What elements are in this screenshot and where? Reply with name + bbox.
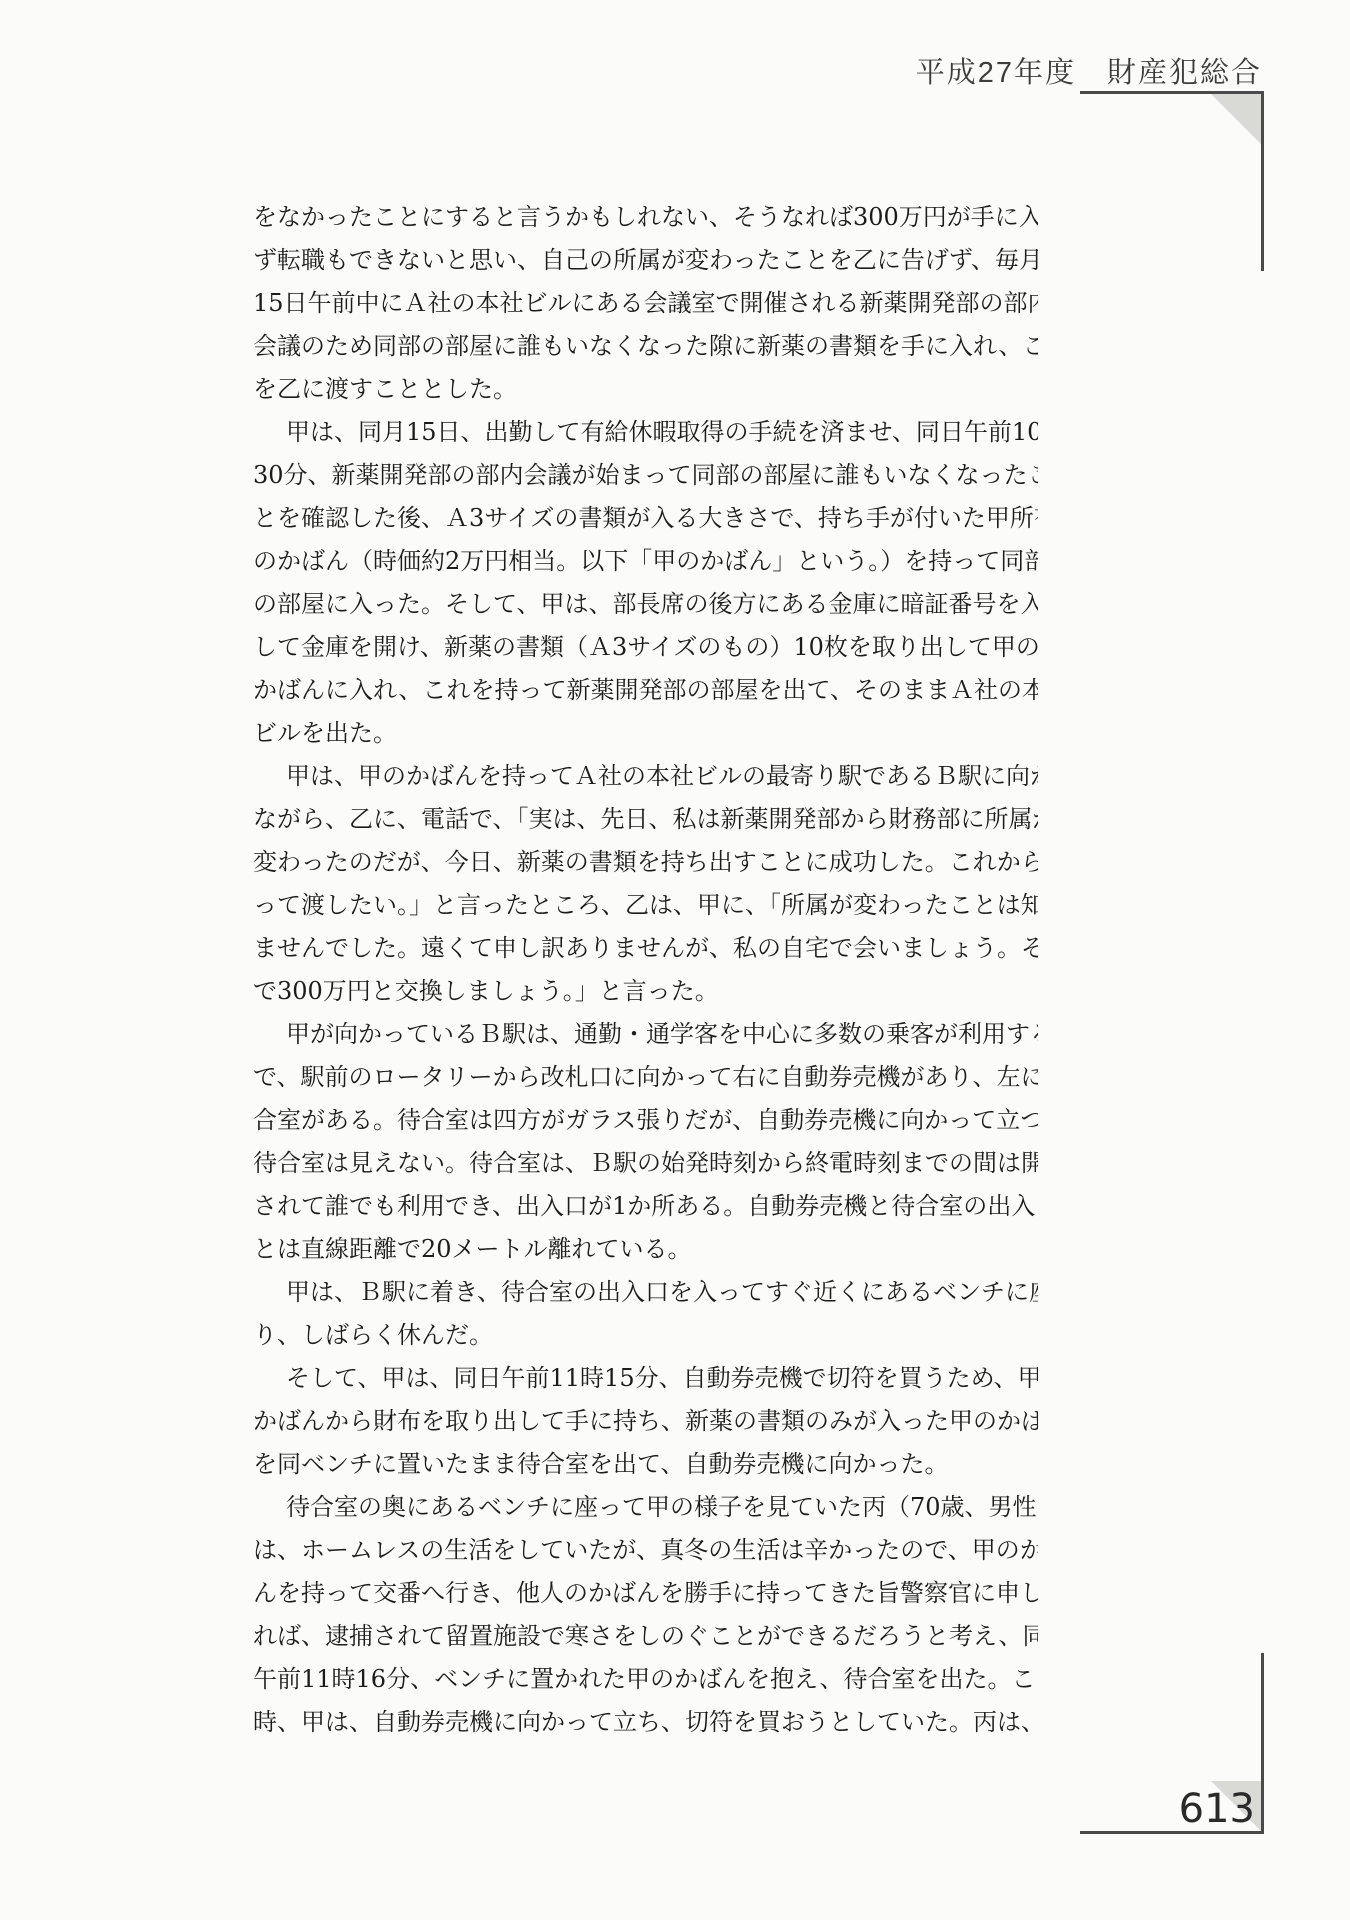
header-rule	[1080, 91, 1264, 94]
text-line: 午前11時16分、ベンチに置かれた甲のかばんを抱え、待合室を出た。この	[253, 1658, 1038, 1701]
text-line-content: とを確認した後、Ａ3サイズの書類が入る大きさで、持ち手が付いた甲所有	[253, 504, 1038, 532]
text-line: 時、甲は、自動券売機に向かって立ち、切符を買おうとしていた。丙は、甲	[253, 1701, 1038, 1744]
text-line: かばんに入れ、これを持って新薬開発部の部屋を出て、そのままＡ社の本社	[253, 669, 1038, 712]
text-line: ず転職もできないと思い、自己の所属が変わったことを乙に告げず、毎月	[253, 239, 1038, 282]
text-line-content: で、駅前のロータリーから改札口に向かって右に自動券売機があり、左に待	[253, 1063, 1038, 1091]
text-line-content: り、しばらく休んだ。	[253, 1321, 493, 1349]
text-line-content: 甲は、Ｂ駅に着き、待合室の出入口を入ってすぐ近くにあるベンチに座	[286, 1278, 1038, 1306]
text-line-content: 会議のため同部の部屋に誰もいなくなった隙に新薬の書類を手に入れ、これ	[253, 332, 1038, 360]
text-line-content: して金庫を開け、新薬の書類（Ａ3サイズのもの）10枚を取り出して甲の	[253, 633, 1038, 661]
text-line-content: かばんから財布を取り出して手に持ち、新薬の書類のみが入った甲のかばん	[253, 1407, 1038, 1435]
text-line: 30分、新薬開発部の部内会議が始まって同部の部屋に誰もいなくなったこ	[253, 454, 1038, 497]
text-line-content: 甲は、同月15日、出勤して有給休暇取得の手続を済ませ、同日午前10時	[286, 418, 1038, 446]
text-line: をなかったことにすると言うかもしれない、そうなれば300万円が手に入ら	[253, 196, 1038, 239]
text-line-content: 午前11時16分、ベンチに置かれた甲のかばんを抱え、待合室を出た。この	[253, 1665, 1038, 1693]
page-header-title: 平成27年度 財産犯総合	[916, 50, 1262, 91]
text-line: んを持って交番へ行き、他人のかばんを勝手に持ってきた旨警察官に申し出	[253, 1572, 1038, 1615]
text-line: 合室がある。待合室は四方がガラス張りだが、自動券売機に向かって立つと	[253, 1099, 1038, 1142]
text-line: の部屋に入った。そして、甲は、部長席の後方にある金庫に暗証番号を入力	[253, 583, 1038, 626]
text-line-content: 変わったのだが、今日、新薬の書類を持ち出すことに成功した。これから会	[253, 848, 1038, 876]
text-line-content: は、ホームレスの生活をしていたが、真冬の生活は辛かったので、甲のかば	[253, 1536, 1038, 1564]
text-line: 会議のため同部の部屋に誰もいなくなった隙に新薬の書類を手に入れ、これ	[253, 325, 1038, 368]
text-line: とを確認した後、Ａ3サイズの書類が入る大きさで、持ち手が付いた甲所有	[253, 497, 1038, 540]
page-number: 613	[1179, 1789, 1255, 1829]
text-line-content: 時、甲は、自動券売機に向かって立ち、切符を買おうとしていた。丙は、甲	[253, 1708, 1038, 1736]
text-line: 15日午前中にＡ社の本社ビルにある会議室で開催される新薬開発部の部内	[253, 282, 1038, 325]
text-line: で、駅前のロータリーから改札口に向かって右に自動券売機があり、左に待	[253, 1056, 1038, 1099]
text-line: り、しばらく休んだ。	[253, 1314, 1038, 1357]
text-line-content: れば、逮捕されて留置施設で寒さをしのぐことができるだろうと考え、同日	[253, 1622, 1038, 1650]
text-line: れば、逮捕されて留置施設で寒さをしのぐことができるだろうと考え、同日	[253, 1615, 1038, 1658]
text-line: のかばん（時価約2万円相当。以下「甲のかばん」という。）を持って同部	[253, 540, 1038, 583]
document-page: 平成27年度 財産犯総合 をなかったことにすると言うかもしれない、そうなれば30…	[0, 0, 1350, 1920]
text-line: ませんでした。遠くて申し訳ありませんが、私の自宅で会いましょう。そこ	[253, 927, 1038, 970]
text-line: 5甲は、同月15日、出勤して有給休暇取得の手続を済ませ、同日午前10時	[253, 411, 1038, 454]
text-line: ビルを出た。	[253, 712, 1038, 755]
text-line-content: を同ベンチに置いたまま待合室を出て、自動券売機に向かった。	[253, 1450, 949, 1478]
text-line-content: とは直線距離で20メートル離れている。	[253, 1235, 692, 1263]
text-line: で300万円と交換しましょう。」と言った。	[253, 970, 1038, 1013]
text-line-content: で300万円と交換しましょう。」と言った。	[253, 977, 719, 1005]
text-line: そして、甲は、同日午前11時15分、自動券売機で切符を買うため、甲の	[253, 1357, 1038, 1400]
footer-rule-vertical	[1261, 1653, 1264, 1834]
body-text: をなかったことにすると言うかもしれない、そうなれば300万円が手に入らず転職もで…	[253, 196, 1038, 1744]
text-line: 待合室の奥にあるベンチに座って甲の様子を見ていた丙（70歳、男性）	[253, 1486, 1038, 1529]
text-line-content: ながら、乙に、電話で、「実は、先日、私は新薬開発部から財務部に所属が	[253, 805, 1038, 833]
text-line-content: 30分、新薬開発部の部内会議が始まって同部の部屋に誰もいなくなったこ	[253, 461, 1038, 489]
text-line: 6甲が向かっているＢ駅は、通勤・通学客を中心に多数の乗客が利用する駅	[253, 1013, 1038, 1056]
text-line-content: ビルを出た。	[253, 719, 397, 747]
text-line-content: 待合室は見えない。待合室は、Ｂ駅の始発時刻から終電時刻までの間は開放	[253, 1149, 1038, 1177]
text-line: とは直線距離で20メートル離れている。	[253, 1228, 1038, 1271]
text-line: 待合室は見えない。待合室は、Ｂ駅の始発時刻から終電時刻までの間は開放	[253, 1142, 1038, 1185]
text-line: を同ベンチに置いたまま待合室を出て、自動券売機に向かった。	[253, 1443, 1038, 1486]
text-line: して金庫を開け、新薬の書類（Ａ3サイズのもの）10枚を取り出して甲の	[253, 626, 1038, 669]
text-line-content: されて誰でも利用でき、出入口が1か所ある。自動券売機と待合室の出入口	[253, 1192, 1038, 1220]
text-line-content: 甲は、甲のかばんを持ってＡ社の本社ビルの最寄り駅であるＢ駅に向かい	[286, 762, 1038, 790]
text-line: を乙に渡すこととした。	[253, 368, 1038, 411]
text-line: は、ホームレスの生活をしていたが、真冬の生活は辛かったので、甲のかば	[253, 1529, 1038, 1572]
text-line: って渡したい。」と言ったところ、乙は、甲に、「所属が変わったことは知り	[253, 884, 1038, 927]
text-line: 7甲は、Ｂ駅に着き、待合室の出入口を入ってすぐ近くにあるベンチに座	[253, 1271, 1038, 1314]
text-line-content: の部屋に入った。そして、甲は、部長席の後方にある金庫に暗証番号を入力	[253, 590, 1038, 618]
text-line: されて誰でも利用でき、出入口が1か所ある。自動券売機と待合室の出入口	[253, 1185, 1038, 1228]
text-line-content: をなかったことにすると言うかもしれない、そうなれば300万円が手に入ら	[253, 203, 1038, 231]
corner-fold-top-icon	[1211, 94, 1261, 144]
text-line: 甲は、甲のかばんを持ってＡ社の本社ビルの最寄り駅であるＢ駅に向かい	[253, 755, 1038, 798]
text-line-content: って渡したい。」と言ったところ、乙は、甲に、「所属が変わったことは知り	[253, 891, 1038, 919]
text-line-content: 甲が向かっているＢ駅は、通勤・通学客を中心に多数の乗客が利用する駅	[286, 1020, 1038, 1048]
text-line-content: 合室がある。待合室は四方がガラス張りだが、自動券売機に向かって立つと	[253, 1106, 1038, 1134]
text-line-content: かばんに入れ、これを持って新薬開発部の部屋を出て、そのままＡ社の本社	[253, 676, 1038, 704]
text-line: 変わったのだが、今日、新薬の書類を持ち出すことに成功した。これから会	[253, 841, 1038, 884]
header-rule-vertical	[1261, 91, 1264, 271]
text-line-content: そして、甲は、同日午前11時15分、自動券売機で切符を買うため、甲の	[286, 1364, 1038, 1392]
text-line: かばんから財布を取り出して手に持ち、新薬の書類のみが入った甲のかばん	[253, 1400, 1038, 1443]
text-line-content: を乙に渡すこととした。	[253, 375, 517, 403]
text-line-content: ず転職もできないと思い、自己の所属が変わったことを乙に告げず、毎月	[253, 246, 1038, 274]
text-line-content: んを持って交番へ行き、他人のかばんを勝手に持ってきた旨警察官に申し出	[253, 1579, 1038, 1607]
text-line-content: 待合室の奥にあるベンチに座って甲の様子を見ていた丙（70歳、男性）	[286, 1493, 1038, 1521]
text-line-content: ませんでした。遠くて申し訳ありませんが、私の自宅で会いましょう。そこ	[253, 934, 1038, 962]
text-line: ながら、乙に、電話で、「実は、先日、私は新薬開発部から財務部に所属が	[253, 798, 1038, 841]
text-line-content: 15日午前中にＡ社の本社ビルにある会議室で開催される新薬開発部の部内	[253, 289, 1038, 317]
text-line-content: のかばん（時価約2万円相当。以下「甲のかばん」という。）を持って同部	[253, 547, 1038, 575]
